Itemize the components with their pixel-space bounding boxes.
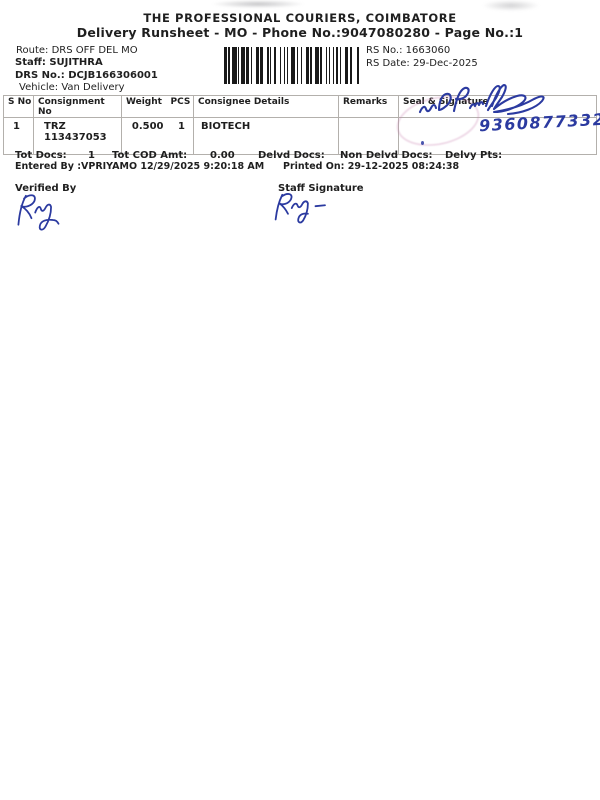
tot-docs-label: Tot Docs:	[15, 150, 67, 161]
rs-no-label: RS No.:	[366, 45, 402, 56]
entered-by-label: Entered By :	[15, 161, 81, 172]
document-title: Delivery Runsheet - MO - Phone No.:90470…	[0, 26, 600, 40]
tot-cod-label: Tot COD Amt:	[112, 150, 187, 161]
route-label: Route:	[16, 45, 48, 56]
col-header-remarks: Remarks	[339, 96, 399, 118]
col-header-consignee: Consignee Details	[194, 96, 339, 118]
cell-weight: 0.500	[122, 118, 167, 155]
printed-on-line: Printed On: 29-12-2025 08:24:38	[283, 162, 459, 173]
entered-by-line: Entered By :VPRIYAMO 12/29/2025 9:20:18 …	[15, 162, 264, 173]
ink-dot	[421, 141, 424, 145]
staff-signature-handwriting	[268, 191, 344, 228]
vehicle-label: Vehicle:	[19, 82, 58, 93]
cell-pcs: 1	[167, 118, 194, 155]
drs-no-label: DRS No.:	[15, 70, 65, 81]
scan-artifact	[212, 0, 304, 8]
tot-docs-value: 1	[88, 150, 95, 161]
route-line: Route: DRS OFF DEL MO	[16, 45, 138, 57]
rs-no-value: 1663060	[406, 45, 451, 56]
staff-value: SUJITHRA	[49, 57, 102, 68]
rs-date-label: RS Date:	[366, 58, 410, 69]
col-header-pcs: PCS	[167, 96, 194, 118]
delivery-runsheet-page: THE PROFESSIONAL COURIERS, COIMBATORE De…	[0, 0, 600, 800]
cell-consignment-no: TRZ 113437053	[34, 118, 122, 155]
drs-no-line: DRS No.: DCJB166306001	[15, 70, 158, 82]
scan-artifact	[482, 0, 540, 11]
tot-cod-value: 0.00	[210, 150, 235, 161]
rs-date-line: RS Date: 29-Dec-2025	[366, 58, 478, 70]
rs-no-line: RS No.: 1663060	[366, 45, 450, 57]
printed-on-value: 29-12-2025 08:24:38	[348, 161, 459, 172]
cell-sno: 1	[4, 118, 34, 155]
route-value: DRS OFF DEL MO	[52, 45, 138, 56]
non-delvd-docs-label: Non Delvd Docs:	[340, 150, 433, 161]
verified-by-signature	[10, 191, 66, 236]
barcode-icon	[224, 47, 361, 84]
company-title: THE PROFESSIONAL COURIERS, COIMBATORE	[0, 12, 600, 25]
rs-date-value: 29-Dec-2025	[413, 58, 478, 69]
col-header-sno: S No	[4, 96, 34, 118]
cell-remarks	[339, 118, 399, 155]
cell-consignee: BIOTECH	[194, 118, 339, 155]
staff-label: Staff:	[15, 57, 46, 68]
drs-no-value: DCJB166306001	[68, 70, 158, 81]
col-header-consignment: Consignment No	[34, 96, 122, 118]
printed-on-label: Printed On:	[283, 161, 344, 172]
vehicle-value: Van Delivery	[61, 82, 124, 93]
delvy-pts-label: Delvy Pts:	[445, 150, 502, 161]
vehicle-line: Vehicle: Van Delivery	[19, 82, 125, 94]
entered-by-value: VPRIYAMO 12/29/2025 9:20:18 AM	[81, 161, 264, 172]
delvd-docs-label: Delvd Docs:	[258, 150, 325, 161]
col-header-weight: Weight	[122, 96, 167, 118]
staff-line: Staff: SUJITHRA	[15, 57, 103, 69]
